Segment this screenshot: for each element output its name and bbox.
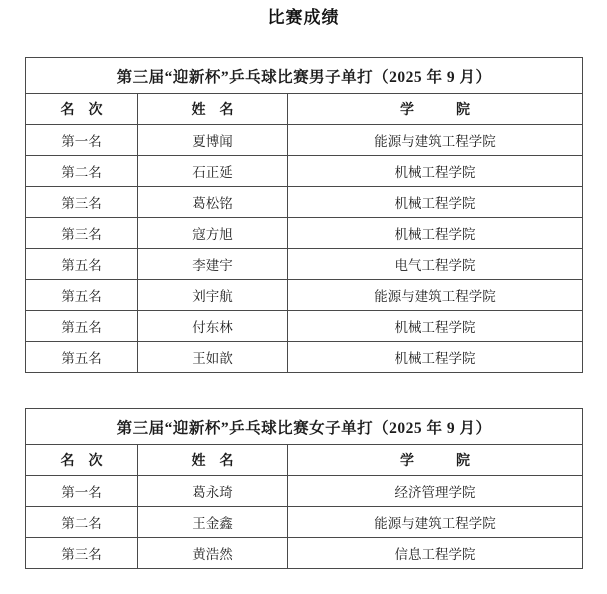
name-cell: 黄浩然 <box>138 538 288 569</box>
page-title: 比赛成绩 <box>0 6 607 30</box>
table-row: 第二名石正延机械工程学院 <box>26 156 583 187</box>
rank-column-header: 名 次 <box>26 94 138 125</box>
rank-cell: 第五名 <box>26 342 138 373</box>
rank-cell: 第三名 <box>26 538 138 569</box>
table-row: 第五名李建宇电气工程学院 <box>26 249 583 280</box>
table-caption: 第三届“迎新杯”乒乓球比赛男子单打（2025 年 9 月） <box>26 58 583 94</box>
table-header-row: 名 次姓 名学 院 <box>26 94 583 125</box>
rank-cell: 第二名 <box>26 507 138 538</box>
rank-cell: 第五名 <box>26 280 138 311</box>
table-row: 第三名葛松铭机械工程学院 <box>26 187 583 218</box>
name-cell: 王如歆 <box>138 342 288 373</box>
mens-singles-table-body: 第三届“迎新杯”乒乓球比赛男子单打（2025 年 9 月）名 次姓 名学 院第一… <box>26 58 583 373</box>
college-column-header: 学 院 <box>288 94 583 125</box>
name-column-header: 姓 名 <box>138 94 288 125</box>
rank-column-header: 名 次 <box>26 445 138 476</box>
table-caption-row: 第三届“迎新杯”乒乓球比赛男子单打（2025 年 9 月） <box>26 58 583 94</box>
rank-cell: 第五名 <box>26 311 138 342</box>
name-cell: 付东林 <box>138 311 288 342</box>
college-cell: 机械工程学院 <box>288 342 583 373</box>
table-row: 第三名黄浩然信息工程学院 <box>26 538 583 569</box>
table-row: 第五名王如歆机械工程学院 <box>26 342 583 373</box>
table-caption-row: 第三届“迎新杯”乒乓球比赛女子单打（2025 年 9 月） <box>26 409 583 445</box>
name-cell: 葛永琦 <box>138 476 288 507</box>
document-page: 比赛成绩 第三届“迎新杯”乒乓球比赛男子单打（2025 年 9 月）名 次姓 名… <box>0 0 607 594</box>
table-row: 第三名寇方旭机械工程学院 <box>26 218 583 249</box>
table-header-row: 名 次姓 名学 院 <box>26 445 583 476</box>
rank-cell: 第一名 <box>26 476 138 507</box>
name-cell: 李建宇 <box>138 249 288 280</box>
table-row: 第一名葛永琦经济管理学院 <box>26 476 583 507</box>
college-cell: 能源与建筑工程学院 <box>288 507 583 538</box>
rank-cell: 第二名 <box>26 156 138 187</box>
college-cell: 机械工程学院 <box>288 156 583 187</box>
college-cell: 电气工程学院 <box>288 249 583 280</box>
rank-cell: 第一名 <box>26 125 138 156</box>
womens-singles-table-body: 第三届“迎新杯”乒乓球比赛女子单打（2025 年 9 月）名 次姓 名学 院第一… <box>26 409 583 569</box>
name-cell: 葛松铭 <box>138 187 288 218</box>
table-row: 第五名刘宇航能源与建筑工程学院 <box>26 280 583 311</box>
table-row: 第五名付东林机械工程学院 <box>26 311 583 342</box>
college-cell: 信息工程学院 <box>288 538 583 569</box>
name-column-header: 姓 名 <box>138 445 288 476</box>
rank-cell: 第五名 <box>26 249 138 280</box>
name-cell: 寇方旭 <box>138 218 288 249</box>
table-row: 第一名夏博闻能源与建筑工程学院 <box>26 125 583 156</box>
college-cell: 机械工程学院 <box>288 311 583 342</box>
college-cell: 能源与建筑工程学院 <box>288 125 583 156</box>
womens-singles-results-table: 第三届“迎新杯”乒乓球比赛女子单打（2025 年 9 月）名 次姓 名学 院第一… <box>25 408 583 569</box>
college-cell: 机械工程学院 <box>288 218 583 249</box>
name-cell: 王金鑫 <box>138 507 288 538</box>
name-cell: 夏博闻 <box>138 125 288 156</box>
table-caption: 第三届“迎新杯”乒乓球比赛女子单打（2025 年 9 月） <box>26 409 583 445</box>
rank-cell: 第三名 <box>26 187 138 218</box>
college-cell: 机械工程学院 <box>288 187 583 218</box>
college-cell: 能源与建筑工程学院 <box>288 280 583 311</box>
rank-cell: 第三名 <box>26 218 138 249</box>
name-cell: 刘宇航 <box>138 280 288 311</box>
college-cell: 经济管理学院 <box>288 476 583 507</box>
college-column-header: 学 院 <box>288 445 583 476</box>
mens-singles-results-table: 第三届“迎新杯”乒乓球比赛男子单打（2025 年 9 月）名 次姓 名学 院第一… <box>25 57 583 373</box>
table-row: 第二名王金鑫能源与建筑工程学院 <box>26 507 583 538</box>
name-cell: 石正延 <box>138 156 288 187</box>
